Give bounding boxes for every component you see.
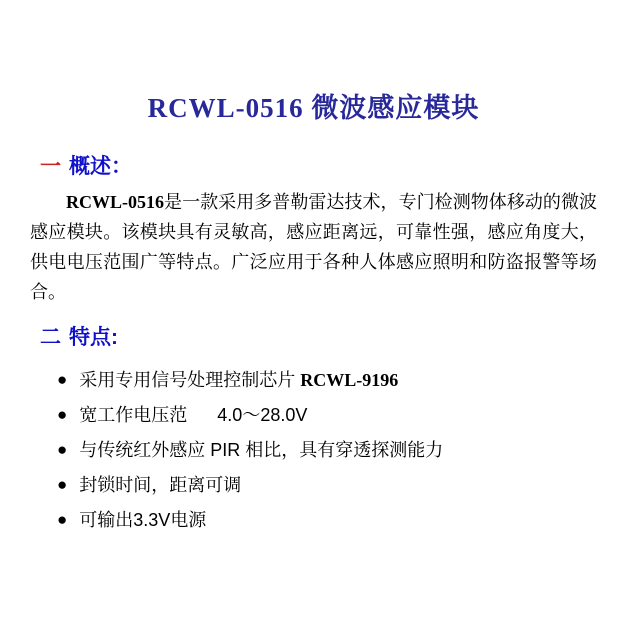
- bullet-icon: ●: [57, 405, 67, 425]
- feature-text-strong: RCWL-9196: [300, 370, 398, 390]
- feature-text: 封锁时间，距离可调: [79, 475, 241, 495]
- section-heading-overview: 一概述：: [40, 154, 597, 179]
- section-number-overview: 一: [40, 155, 61, 178]
- feature-text-strong: 3.3V: [133, 510, 170, 530]
- bullet-icon: ●: [57, 440, 67, 460]
- document-page: RCWL-0516 微波感应模块 一概述： RCWL-0516是一款采用多普勒雷…: [0, 90, 627, 530]
- list-item: ● 宽工作电压范 4.0～28.0V: [57, 405, 597, 425]
- bullet-icon: ●: [57, 370, 67, 390]
- section-number-features: 二: [40, 326, 61, 349]
- feature-text: 与传统红外感应 PIR 相比，具有穿透探测能力: [79, 440, 443, 460]
- feature-text-post: 电源: [170, 510, 206, 530]
- list-item: ● 可输出3.3V电源: [57, 510, 597, 530]
- overview-paragraph: RCWL-0516是一款采用多普勒雷达技术，专门检测物体移动的微波感应模块。该模…: [30, 187, 597, 307]
- feature-list: ● 采用专用信号处理控制芯片 RCWL-9196 ● 宽工作电压范 4.0～28…: [57, 370, 597, 530]
- feature-text: 可输出3.3V电源: [79, 510, 206, 530]
- bullet-icon: ●: [57, 475, 67, 495]
- feature-text-pre: 宽工作电压范: [79, 405, 217, 425]
- list-item: ● 与传统红外感应 PIR 相比，具有穿透探测能力: [57, 440, 597, 460]
- feature-text: 宽工作电压范 4.0～28.0V: [79, 405, 307, 425]
- feature-text: 采用专用信号处理控制芯片 RCWL-9196: [79, 370, 398, 390]
- section-label-overview: 概述：: [69, 155, 132, 178]
- list-item: ● 采用专用信号处理控制芯片 RCWL-9196: [57, 370, 597, 390]
- list-item: ● 封锁时间，距离可调: [57, 475, 597, 495]
- feature-text-pre: 可输出: [79, 510, 133, 530]
- page-title: RCWL-0516 微波感应模块: [30, 90, 597, 126]
- feature-text-pre: 与传统红外感应 PIR 相比，具有穿透探测能力: [79, 440, 443, 460]
- section-label-features: 特点:: [69, 326, 118, 349]
- feature-text-pre: 封锁时间，距离可调: [79, 475, 241, 495]
- feature-text-strong: 4.0～28.0V: [217, 405, 307, 425]
- feature-text-pre: 采用专用信号处理控制芯片: [79, 370, 300, 390]
- bullet-icon: ●: [57, 510, 67, 530]
- section-heading-features: 二特点:: [40, 325, 597, 350]
- overview-paragraph-lead: RCWL-0516: [66, 192, 164, 212]
